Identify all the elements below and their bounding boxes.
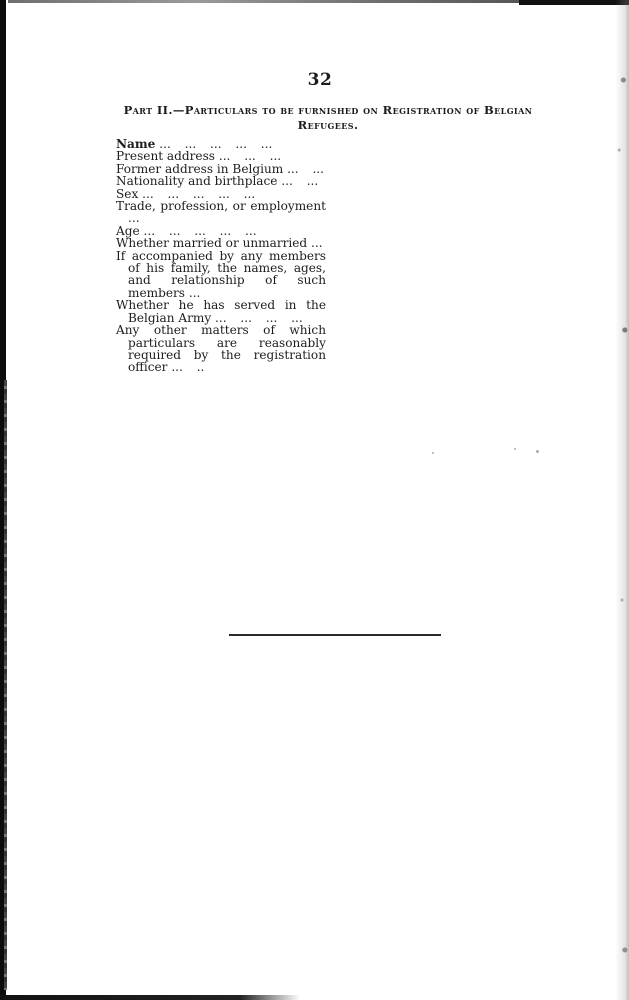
heading-title: —Particulars to be furnished on Registra… — [173, 103, 533, 132]
particular-item: Whether he has served in the Belgian Arm… — [116, 299, 326, 324]
dot-leaders: ... .. — [171, 360, 204, 374]
scan-border-bottom — [0, 995, 300, 1000]
particular-label: Trade, profession, or employment — [116, 199, 326, 213]
scan-speck — [432, 452, 434, 454]
particulars-list: Name ... ... ... ... ...Present address … — [116, 138, 326, 374]
particular-item: Any other matters of which particulars a… — [116, 324, 326, 374]
scan-speck — [514, 448, 516, 450]
particular-label: Any other matters of which particulars a… — [116, 323, 326, 374]
particular-label: If accompanied by any members of his fam… — [116, 249, 326, 300]
heading-part: Part II. — [124, 103, 173, 117]
scan-border-right — [615, 0, 629, 1000]
scan-speck — [536, 450, 539, 453]
scan-page-edge-left — [4, 380, 7, 990]
dot-leaders: ... ... — [281, 174, 318, 188]
particular-item: If accompanied by any members of his fam… — [116, 250, 326, 300]
horizontal-rule — [229, 634, 441, 636]
page-number: 32 — [300, 70, 340, 90]
section-heading: Part II.—Particulars to be furnished on … — [112, 103, 544, 133]
scan-border-top-right — [519, 0, 629, 5]
particular-item: Trade, profession, or employment ... — [116, 200, 326, 225]
